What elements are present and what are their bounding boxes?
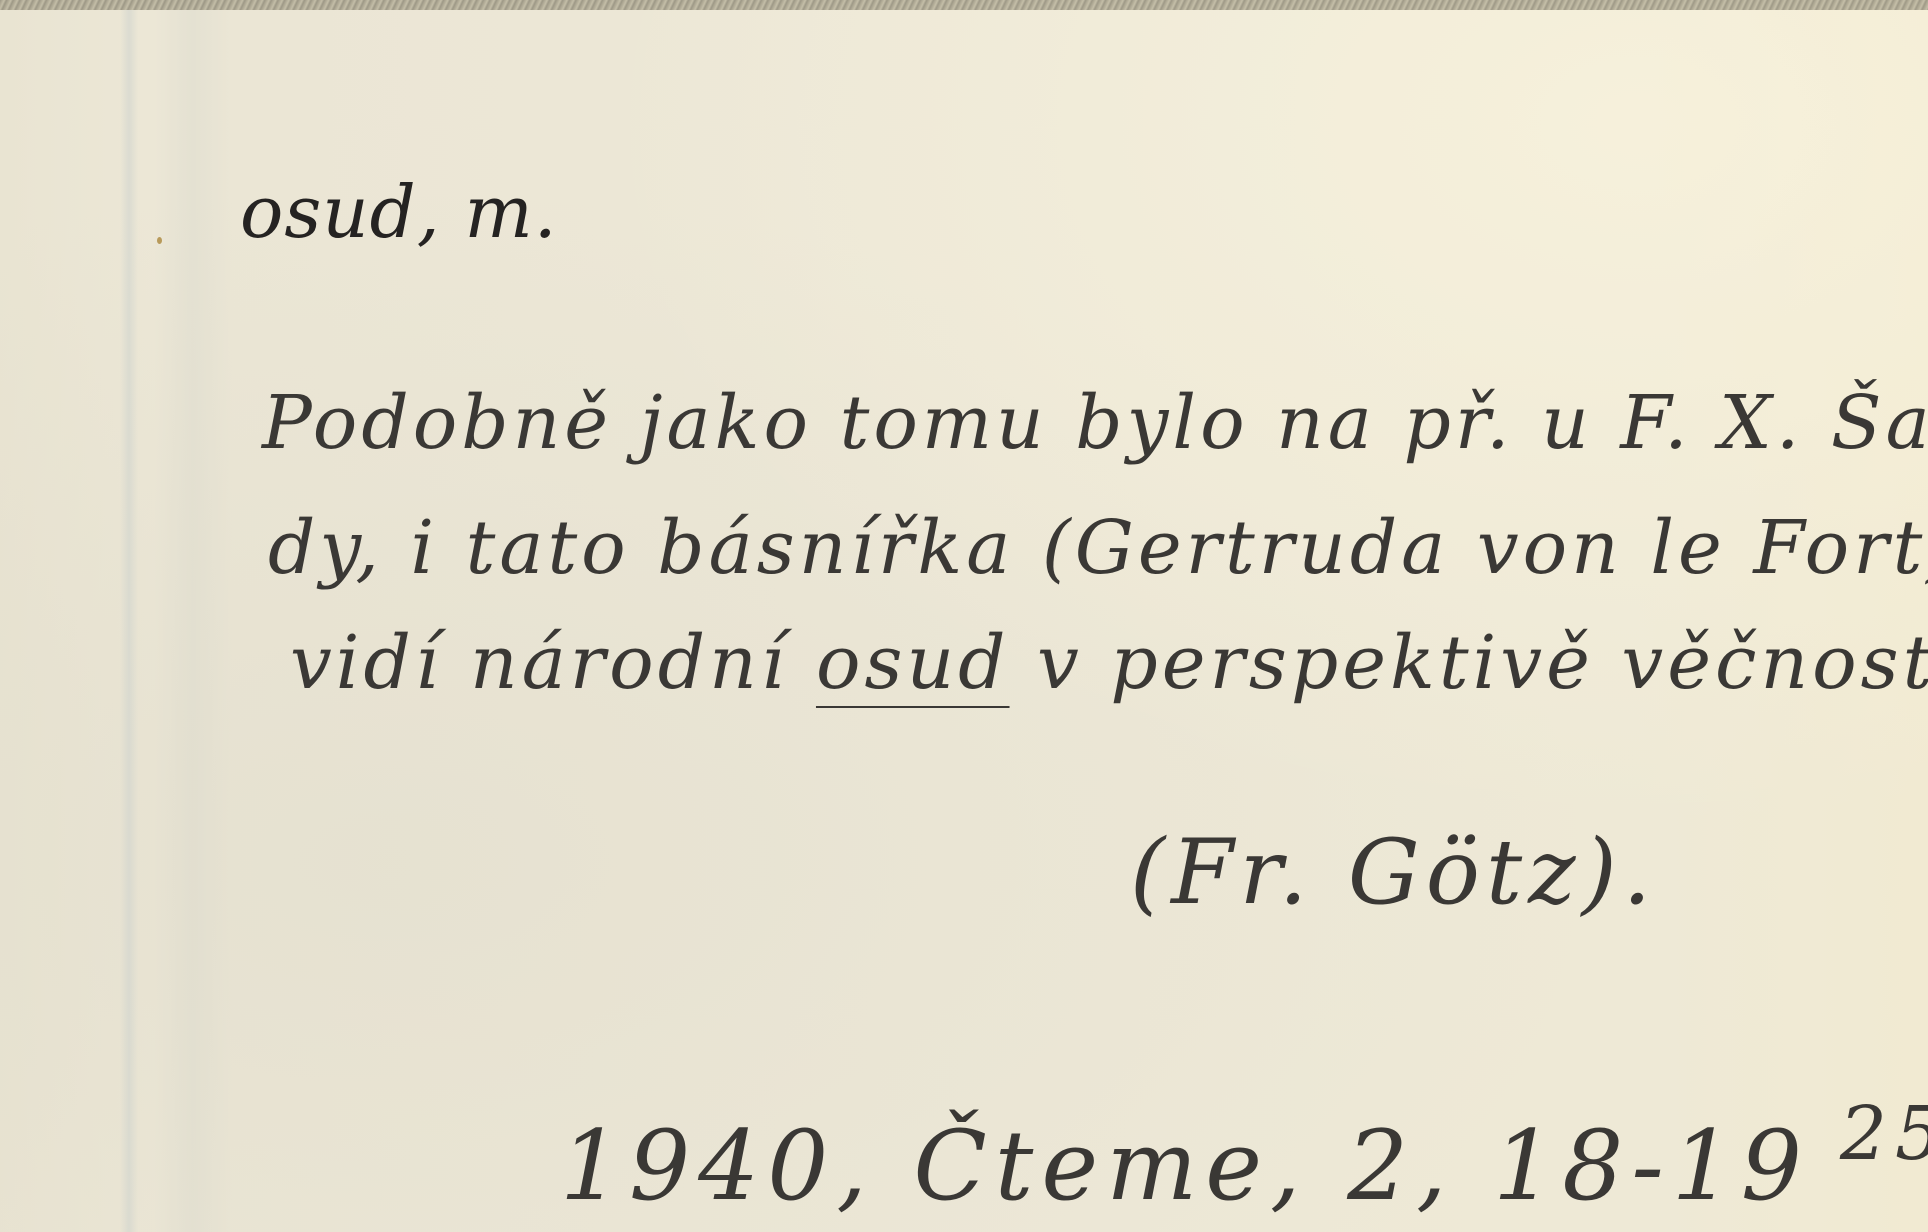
excerpt-line-1: Podobně jako tomu bylo na př. u F. X. Ša… — [262, 380, 1928, 466]
headword: osud, m. — [240, 170, 558, 254]
excerpt-line-3-before: vidí národní — [290, 620, 816, 706]
source-citation: 1940, Čteme, 2, 18-19258 — [560, 1110, 1928, 1222]
page-number: 258 — [1840, 1091, 1928, 1177]
underlined-headword: osud — [816, 620, 1010, 706]
citation-text: 1940, Čteme, 2, 18-19 — [560, 1110, 1810, 1222]
excerpt-line-3-after: v perspektivě věčnosti: — [1010, 620, 1928, 706]
paper-stain — [157, 237, 162, 244]
scan-edge-strip — [0, 0, 1928, 10]
dictionary-slip: osud, m. Podobně jako tomu bylo na př. u… — [0, 0, 1928, 1232]
author-attribution: (Fr. Götz). — [1130, 820, 1657, 925]
paper-fold-line — [120, 10, 138, 1232]
excerpt-line-2: dy, i tato básnířka (Gertruda von le For… — [268, 505, 1928, 591]
excerpt-line-3: vidí národní osud v perspektivě věčnosti… — [290, 620, 1928, 706]
